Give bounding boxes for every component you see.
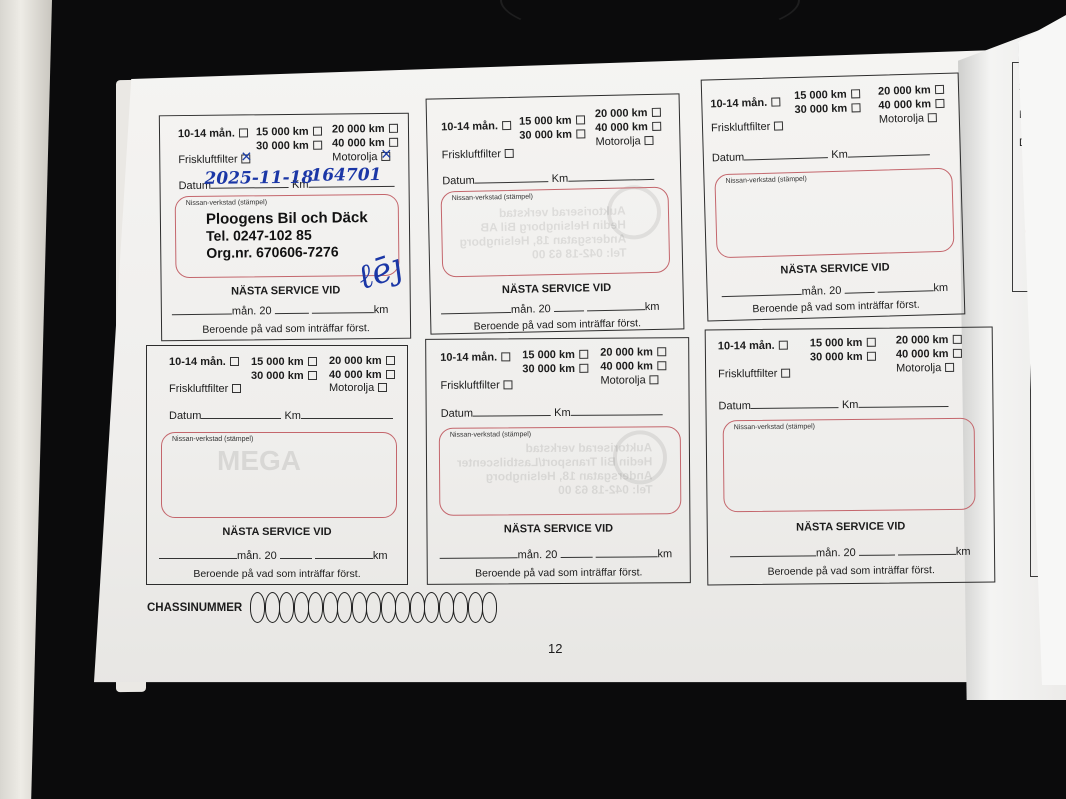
cabin-filter-label: Friskluftfilter	[178, 153, 237, 166]
chassis-character-cell[interactable]	[294, 592, 309, 623]
interval-months-checkbox[interactable]	[502, 121, 511, 130]
next-service-title: NÄSTA SERVICE VID	[708, 519, 994, 534]
km-40000-checkbox[interactable]	[657, 361, 666, 370]
km-40000-label: 40 000 km	[878, 98, 931, 111]
km-40000-label: 40 000 km	[896, 348, 949, 361]
km-15000-label: 15 000 km	[794, 89, 847, 102]
workshop-stamp-label: Nissan-verkstad (stämpel)	[186, 199, 267, 207]
next-service-month-field[interactable]	[159, 558, 237, 559]
km-20000-label: 20 000 km	[600, 346, 653, 358]
interval-months-label: 10-14 mån.	[169, 356, 226, 368]
cabin-filter-checkbox[interactable]	[232, 384, 241, 393]
km-unit-label: km	[645, 301, 660, 313]
km-30000-checkbox[interactable]	[867, 352, 876, 361]
whichever-first-note: Beroende på vad som inträffar först.	[708, 297, 964, 316]
handwritten-km: 164701	[310, 165, 381, 186]
interval-months-label: 10-14 mån.	[710, 97, 767, 111]
km-label: Km	[554, 407, 571, 419]
km-30000-checkbox[interactable]	[579, 364, 588, 373]
workshop-stamp-label: Nissan-verkstad (stämpel)	[452, 193, 533, 202]
workshop-phone: Tel. 0247-102 85	[206, 226, 368, 245]
km-30000-checkbox[interactable]	[308, 371, 317, 380]
km-15000-checkbox[interactable]	[576, 115, 585, 124]
workshop-stamp-box: Nissan-verkstad (stämpel)	[723, 418, 976, 513]
next-service-km-field[interactable]	[587, 309, 645, 311]
cabin-filter-checkbox[interactable]	[505, 149, 514, 158]
next-service-year-field[interactable]	[859, 555, 895, 556]
km-40000-label: 40 000 km	[595, 121, 648, 134]
chassis-character-cell[interactable]	[352, 592, 367, 623]
date-label: Datum	[712, 151, 745, 164]
workshop-stamp-label: Nissan-verkstad (stämpel)	[734, 423, 815, 431]
next-service-km-field[interactable]	[312, 312, 374, 314]
km-30000-label: 30 000 km	[794, 103, 847, 116]
km-20000-label: 20 000 km	[332, 123, 385, 136]
km-40000-checkbox[interactable]	[652, 122, 661, 131]
km-20000-label: 20 000 km	[595, 107, 648, 120]
workshop-stamp-box: Nissan-verkstad (stämpel)	[441, 187, 671, 278]
workshop-stamp-label: Nissan-verkstad (stämpel)	[725, 176, 806, 185]
next-service-title: NÄSTA SERVICE VID	[147, 526, 407, 538]
chassis-character-cell[interactable]	[279, 592, 294, 623]
service-entry-card: 10-14 mån. 15 000 km 20 000 km 30 000 km…	[159, 113, 411, 342]
engine-oil-label: Motorolja	[595, 135, 640, 148]
workshop-stamp-box: Nissan-verkstad (stämpel)	[161, 432, 397, 518]
cabin-filter-checkbox[interactable]	[504, 380, 513, 389]
background-curve	[500, 0, 800, 40]
chassis-character-cell[interactable]	[468, 592, 483, 623]
next-service-year-field[interactable]	[554, 310, 584, 312]
km-40000-checkbox[interactable]	[386, 370, 395, 379]
month-year-label: mån. 20	[232, 305, 272, 317]
handwritten-date: 2025-11-18	[204, 168, 313, 189]
cabin-filter-checkbox[interactable]	[781, 369, 790, 378]
service-entry-card: MEGA 10-14 mån. 15 000 km 20 000 km 30 0…	[146, 345, 408, 585]
km-15000-checkbox[interactable]	[313, 127, 322, 136]
month-year-label: mån. 20	[511, 303, 551, 316]
km-20000-checkbox[interactable]	[657, 347, 666, 356]
next-service-km-field[interactable]	[596, 556, 658, 557]
km-20000-checkbox[interactable]	[386, 356, 395, 365]
next-service-year-field[interactable]	[844, 292, 874, 294]
km-40000-label: 40 000 km	[332, 137, 385, 150]
engine-oil-label: Motorolja	[879, 112, 925, 125]
interval-months-label: 10-14 mån.	[178, 128, 235, 141]
cabin-filter-label: Friskluftfilter	[442, 148, 502, 161]
km-30000-label: 30 000 km	[251, 370, 304, 382]
cabin-filter-label: Friskluftfilter	[440, 379, 499, 391]
km-20000-checkbox[interactable]	[952, 335, 961, 344]
engine-oil-checkbox[interactable]	[381, 152, 390, 161]
km-unit-label: km	[956, 546, 971, 558]
km-unit-label: km	[933, 282, 948, 294]
cabin-filter-label: Friskluftfilter	[711, 121, 771, 135]
engine-oil-checkbox[interactable]	[928, 113, 937, 122]
km-15000-label: 15 000 km	[519, 115, 572, 128]
chassis-number-label: CHASSINUMMER	[147, 602, 242, 614]
chassis-number-cells	[250, 592, 497, 623]
km-30000-label: 30 000 km	[522, 363, 575, 375]
interval-months-label: 10-14 mån.	[440, 351, 497, 363]
engine-oil-checkbox[interactable]	[645, 136, 654, 145]
workshop-stamp-label: Nissan-verkstad (stämpel)	[450, 431, 531, 439]
next-service-km-field[interactable]	[898, 554, 956, 556]
km-20000-checkbox[interactable]	[389, 124, 398, 133]
workshop-stamp-box: Nissan-verkstad (stämpel)	[714, 168, 954, 259]
next-service-month-field[interactable]	[722, 294, 802, 297]
service-entry-card: Auktoriserad verkstad Hedin Helsingborg …	[426, 93, 685, 334]
interval-months-checkbox[interactable]	[501, 352, 510, 361]
engine-oil-label: Motorolja	[896, 362, 941, 374]
next-service-month-field[interactable]	[441, 312, 511, 314]
chassis-number-row: CHASSINUMMER	[147, 592, 497, 623]
next-service-month-field[interactable]	[172, 314, 232, 316]
engine-oil-label: Motorolja	[329, 382, 374, 394]
km-15000-label: 15 000 km	[256, 126, 309, 139]
chassis-character-cell[interactable]	[410, 592, 425, 623]
km-40000-checkbox[interactable]	[935, 99, 944, 108]
chassis-character-cell[interactable]	[439, 592, 454, 623]
chassis-character-cell[interactable]	[265, 592, 280, 623]
km-field[interactable]	[571, 414, 663, 416]
km-unit-label: km	[373, 550, 388, 562]
workshop-name: Ploogens Bil och Däck	[206, 209, 368, 228]
next-service-year-field[interactable]	[275, 313, 309, 314]
km-15000-label: 15 000 km	[251, 356, 304, 368]
km-label: Km	[831, 149, 848, 161]
km-field[interactable]	[309, 186, 395, 188]
next-service-year-field[interactable]	[280, 558, 312, 559]
next-service-km-field[interactable]	[878, 290, 934, 293]
chassis-character-cell[interactable]	[323, 592, 338, 623]
chassis-character-cell[interactable]	[482, 592, 497, 623]
next-service-month-field[interactable]	[440, 557, 518, 559]
km-15000-label: 15 000 km	[522, 349, 575, 361]
engine-oil-label: Motorolja	[600, 374, 645, 386]
km-unit-label: km	[374, 304, 389, 316]
km-field[interactable]	[858, 406, 948, 408]
km-30000-label: 30 000 km	[256, 140, 309, 153]
km-30000-checkbox[interactable]	[851, 103, 860, 112]
service-entry-card: Auktoriserad verkstad Hedin Bil Transpor…	[425, 337, 691, 585]
date-field[interactable]	[473, 415, 551, 417]
next-service-title: NÄSTA SERVICE VID	[707, 259, 963, 278]
km-15000-checkbox[interactable]	[308, 357, 317, 366]
chassis-character-cell[interactable]	[395, 592, 410, 623]
service-entry-card: 10-14 mån. 15 000 km 20 000 km 30 000 km…	[701, 72, 966, 321]
interval-months-checkbox[interactable]	[771, 97, 780, 106]
workshop-stamp-box: Nissan-verkstad (stämpel)	[439, 426, 682, 516]
cabin-filter-label: Friskluftfilter	[169, 383, 228, 395]
chassis-character-cell[interactable]	[366, 592, 381, 623]
whichever-first-note: Beroende på vad som inträffar först.	[708, 563, 994, 578]
cabin-filter-label: Friskluftfilter	[718, 368, 777, 381]
chassis-character-cell[interactable]	[250, 592, 265, 623]
whichever-first-note: Beroende på vad som inträffar först.	[147, 568, 407, 580]
km-40000-label: 40 000 km	[329, 369, 382, 381]
month-year-label: mån. 20	[801, 285, 841, 298]
km-15000-checkbox[interactable]	[579, 350, 588, 359]
cabin-filter-checkbox[interactable]	[242, 154, 251, 163]
date-field[interactable]	[744, 157, 828, 160]
km-15000-checkbox[interactable]	[866, 338, 875, 347]
interval-months-label: 10-14 mån.	[718, 340, 775, 353]
km-unit-label: km	[657, 548, 672, 560]
chassis-character-cell[interactable]	[308, 592, 323, 623]
km-label: Km	[552, 173, 569, 185]
km-label: Km	[842, 399, 859, 411]
date-label: Datum	[718, 400, 751, 412]
chassis-character-cell[interactable]	[453, 592, 468, 623]
page-number: 12	[548, 641, 562, 656]
km-label: Km	[284, 410, 301, 422]
engine-oil-label: Motorolja	[332, 151, 377, 163]
next-service-km-field[interactable]	[315, 558, 373, 559]
km-20000-label: 20 000 km	[896, 334, 949, 347]
km-20000-label: 20 000 km	[329, 355, 382, 367]
date-field[interactable]	[751, 407, 839, 409]
chassis-character-cell[interactable]	[381, 592, 396, 623]
whichever-first-note: Beroende på vad som inträffar först.	[428, 566, 690, 580]
month-year-label: mån. 20	[816, 547, 856, 559]
km-40000-checkbox[interactable]	[952, 349, 961, 358]
km-30000-label: 30 000 km	[519, 129, 572, 142]
interval-months-checkbox[interactable]	[230, 357, 239, 366]
interval-months-label: 10-14 mån.	[441, 120, 498, 133]
km-30000-label: 30 000 km	[810, 351, 863, 364]
km-30000-checkbox[interactable]	[576, 129, 585, 138]
engine-oil-checkbox[interactable]	[945, 363, 954, 372]
service-entry-card: 10-14 mån. 15 000 km 20 000 km 30 000 km…	[705, 326, 996, 585]
whichever-first-note: Beroende på vad som inträffar först.	[162, 322, 410, 337]
km-field[interactable]	[568, 179, 654, 182]
next-service-title: NÄSTA SERVICE VID	[427, 522, 689, 536]
km-30000-checkbox[interactable]	[313, 141, 322, 150]
km-15000-checkbox[interactable]	[851, 89, 860, 98]
background-left-strip	[0, 0, 52, 799]
km-20000-checkbox[interactable]	[651, 108, 660, 117]
cabin-filter-checkbox[interactable]	[774, 121, 783, 130]
km-20000-label: 20 000 km	[878, 84, 931, 97]
date-label: Datum	[442, 175, 475, 188]
date-label: Datum	[441, 408, 473, 420]
workshop-stamp-label: Nissan-verkstad (stämpel)	[172, 436, 253, 443]
month-year-label: mån. 20	[237, 550, 277, 562]
workshop-org-nr: Org.nr. 670606-7276	[206, 243, 368, 262]
workshop-stamp: Ploogens Bil och Däck Tel. 0247-102 85 O…	[206, 209, 368, 262]
month-year-label: mån. 20	[518, 549, 558, 561]
next-service-title: NÄSTA SERVICE VID	[430, 280, 682, 297]
km-field[interactable]	[301, 418, 393, 419]
km-field[interactable]	[848, 154, 930, 157]
engine-oil-checkbox[interactable]	[378, 383, 387, 392]
date-label: Datum	[169, 410, 201, 422]
km-40000-label: 40 000 km	[600, 360, 653, 372]
chassis-character-cell[interactable]	[337, 592, 352, 623]
next-service-month-field[interactable]	[730, 555, 816, 557]
interval-months-checkbox[interactable]	[239, 128, 248, 137]
next-service-title: NÄSTA SERVICE VID	[162, 284, 410, 299]
km-20000-checkbox[interactable]	[935, 85, 944, 94]
date-field[interactable]	[201, 418, 281, 419]
date-field[interactable]	[475, 181, 549, 184]
chassis-character-cell[interactable]	[424, 592, 439, 623]
km-15000-label: 15 000 km	[810, 337, 863, 350]
interval-months-checkbox[interactable]	[779, 341, 788, 350]
next-service-year-field[interactable]	[560, 557, 592, 558]
engine-oil-checkbox[interactable]	[650, 375, 659, 384]
